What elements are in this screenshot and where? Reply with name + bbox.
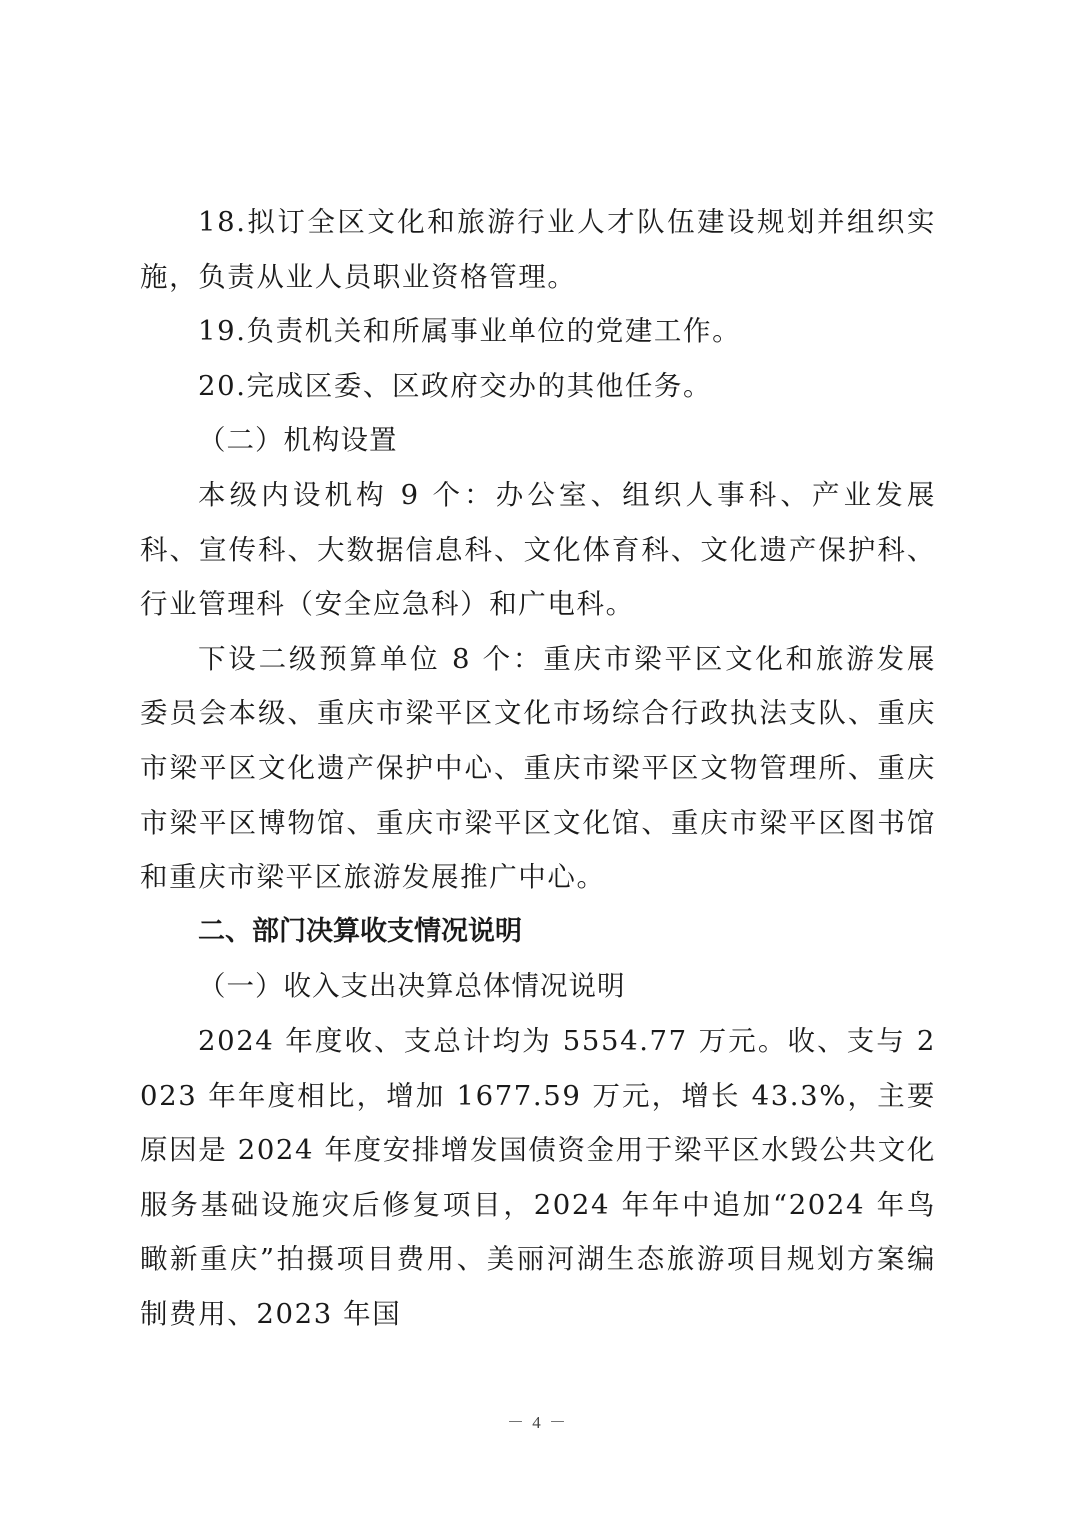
paragraph-item-19: 19.负责机关和所属事业单位的党建工作。 (140, 304, 936, 359)
paragraph-summary: 2024 年度收、支总计均为 5554.77 万元。收、支与 2023 年年度相… (140, 1014, 936, 1342)
heading-section-2: 二、部门决算收支情况说明 (140, 905, 936, 960)
paragraph-budget-units: 下设二级预算单位 8 个：重庆市梁平区文化和旅游发展委员会本级、重庆市梁平区文化… (140, 632, 936, 905)
page-number: － 4 － (0, 1408, 1075, 1433)
paragraph-internal-units: 本级内设机构 9 个：办公室、组织人事科、产业发展科、宣传科、大数据信息科、文化… (140, 468, 936, 632)
paragraph-item-20: 20.完成区委、区政府交办的其他任务。 (140, 359, 936, 414)
document-body: 18.拟订全区文化和旅游行业人才队伍建设规划并组织实施，负责从业人员职业资格管理… (140, 195, 936, 1341)
paragraph-item-18: 18.拟订全区文化和旅游行业人才队伍建设规划并组织实施，负责从业人员职业资格管理… (140, 195, 936, 304)
subheading-org-setup: （二）机构设置 (140, 413, 936, 468)
subheading-section-2-1: （一）收入支出决算总体情况说明 (140, 959, 936, 1014)
